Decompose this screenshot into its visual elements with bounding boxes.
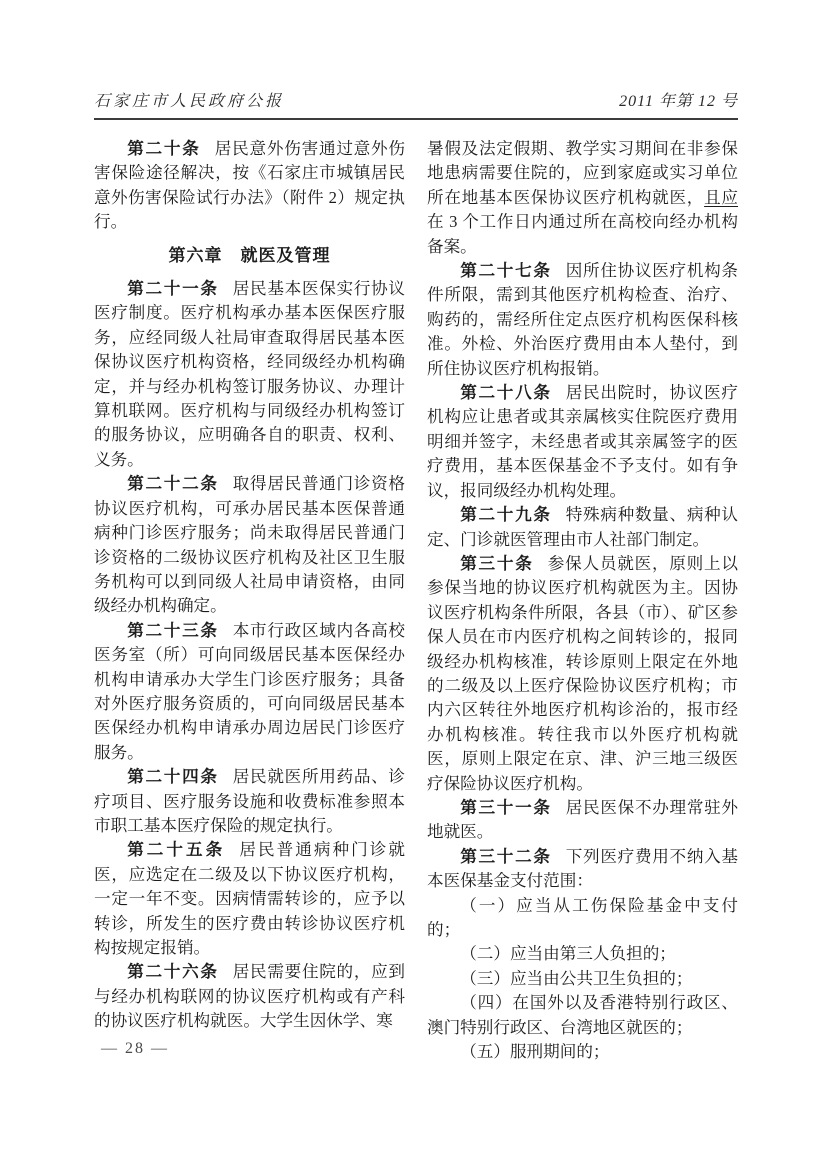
article-26-continuation: 暑假及法定假期、教学实习期间在非参保地患病需要住院的，应到家庭或实习单位所在地基… (427, 137, 738, 259)
article-24-number: 第二十四条 (127, 767, 218, 786)
article-28: 第二十八条居民出院时，协议医疗机构应让患者或其亲属核实住院医疗费用明细并签字，未… (427, 381, 738, 503)
article-25-number: 第二十五条 (127, 840, 225, 859)
article-21-number: 第二十一条 (127, 279, 218, 298)
page-header: 石家庄市人民政府公报 2011 年第 12 号 (94, 88, 738, 120)
article-21: 第二十一条居民基本医保实行协议医疗制度。医疗机构承办基本医保医疗服务，应经同级人… (94, 277, 405, 472)
article-24: 第二十四条居民就医所用药品、诊疗项目、医疗服务设施和收费标准参照本市职工基本医疗… (94, 765, 405, 838)
article-20-number: 第二十条 (127, 139, 200, 158)
article-26-cont-text: 暑假及法定假期、教学实习期间在非参保地患病需要住院的，应到家庭或实习单位所在地基… (427, 139, 738, 207)
article-26-underlined-text: 且应 (704, 188, 738, 207)
page-number: — 28 — (101, 1040, 169, 1058)
article-30-number: 第三十条 (460, 554, 533, 573)
bulletin-title: 石家庄市人民政府公报 (94, 88, 284, 111)
article-29: 第二十九条特殊病种数量、病种认定、门诊就医管理由市人社部门制定。 (427, 503, 738, 552)
bulletin-page: 石家庄市人民政府公报 2011 年第 12 号 第二十条居民意外伤害通过意外伤害… (0, 0, 826, 1169)
two-column-layout: 第二十条居民意外伤害通过意外伤害保险途径解决，按《石家庄市城镇居民意外伤害保险试… (94, 137, 738, 1064)
article-21-text: 居民基本医保实行协议医疗制度。医疗机构承办基本医保医疗服务，应经同级人社局审查取… (94, 279, 405, 469)
list-item-4: （四）在国外以及香港特别行政区、澳门特别行政区、台湾地区就医的； (427, 991, 738, 1040)
article-27: 第二十七条因所住协议医疗机构条件所限，需到其他医疗机构检查、治疗、购药的，需经所… (427, 259, 738, 381)
article-23-number: 第二十三条 (127, 621, 218, 640)
article-28-number: 第二十八条 (460, 383, 551, 402)
left-column: 第二十条居民意外伤害通过意外伤害保险途径解决，按《石家庄市城镇居民意外伤害保险试… (94, 137, 405, 1064)
article-26-cont-text-end: 在 3 个工作日内通过所在高校向经办机构备案。 (427, 212, 738, 255)
article-25: 第二十五条居民普通病种门诊就医，应选定在二级及以下协议医疗机构，一定一年不变。因… (94, 838, 405, 960)
list-item-5: （五）服刑期间的； (427, 1040, 738, 1064)
article-32-number: 第三十二条 (460, 847, 551, 866)
article-32: 第三十二条下列医疗费用不纳入基本医保基金支付范围： (427, 845, 738, 894)
article-26-number: 第二十六条 (127, 962, 218, 981)
article-29-number: 第二十九条 (460, 505, 551, 524)
article-30: 第三十条参保人员就医，原则上以参保当地的协议医疗机构就医为主。因协议医疗机构条件… (427, 552, 738, 796)
article-22: 第二十二条取得居民普通门诊资格协议医疗机构，可承办居民基本医保普通病种门诊医疗服… (94, 472, 405, 618)
article-31: 第三十一条居民医保不办理常驻外地就医。 (427, 796, 738, 845)
article-20: 第二十条居民意外伤害通过意外伤害保险途径解决，按《石家庄市城镇居民意外伤害保险试… (94, 137, 405, 235)
right-column: 暑假及法定假期、教学实习期间在非参保地患病需要住院的，应到家庭或实习单位所在地基… (427, 137, 738, 1064)
article-26: 第二十六条居民需要住院的，应到与经办机构联网的协议医疗机构或有产科的协议医疗机构… (94, 960, 405, 1033)
list-item-3: （三）应当由公共卫生负担的； (427, 967, 738, 991)
article-30-text: 参保人员就医，原则上以参保当地的协议医疗机构就医为主。因协议医疗机构条件所限，各… (427, 554, 738, 793)
page-content: 石家庄市人民政府公报 2011 年第 12 号 第二十条居民意外伤害通过意外伤害… (94, 88, 738, 1064)
article-31-number: 第三十一条 (460, 798, 551, 817)
article-23-text: 本市行政区域内各高校医务室（所）可向同级居民基本医保经办机构申请承办大学生门诊医… (94, 621, 405, 762)
article-22-number: 第二十二条 (127, 474, 218, 493)
list-item-1: （一）应当从工伤保险基金中支付的； (427, 894, 738, 943)
article-23: 第二十三条本市行政区域内各高校医务室（所）可向同级居民基本医保经办机构申请承办大… (94, 619, 405, 765)
article-22-text: 取得居民普通门诊资格协议医疗机构，可承办居民基本医保普通病种门诊医疗服务；尚未取… (94, 474, 405, 615)
list-item-2: （二）应当由第三人负担的； (427, 942, 738, 966)
chapter-6-heading: 第六章 就医及管理 (94, 244, 405, 268)
issue-number: 2011 年第 12 号 (619, 88, 738, 111)
article-27-number: 第二十七条 (460, 261, 551, 280)
